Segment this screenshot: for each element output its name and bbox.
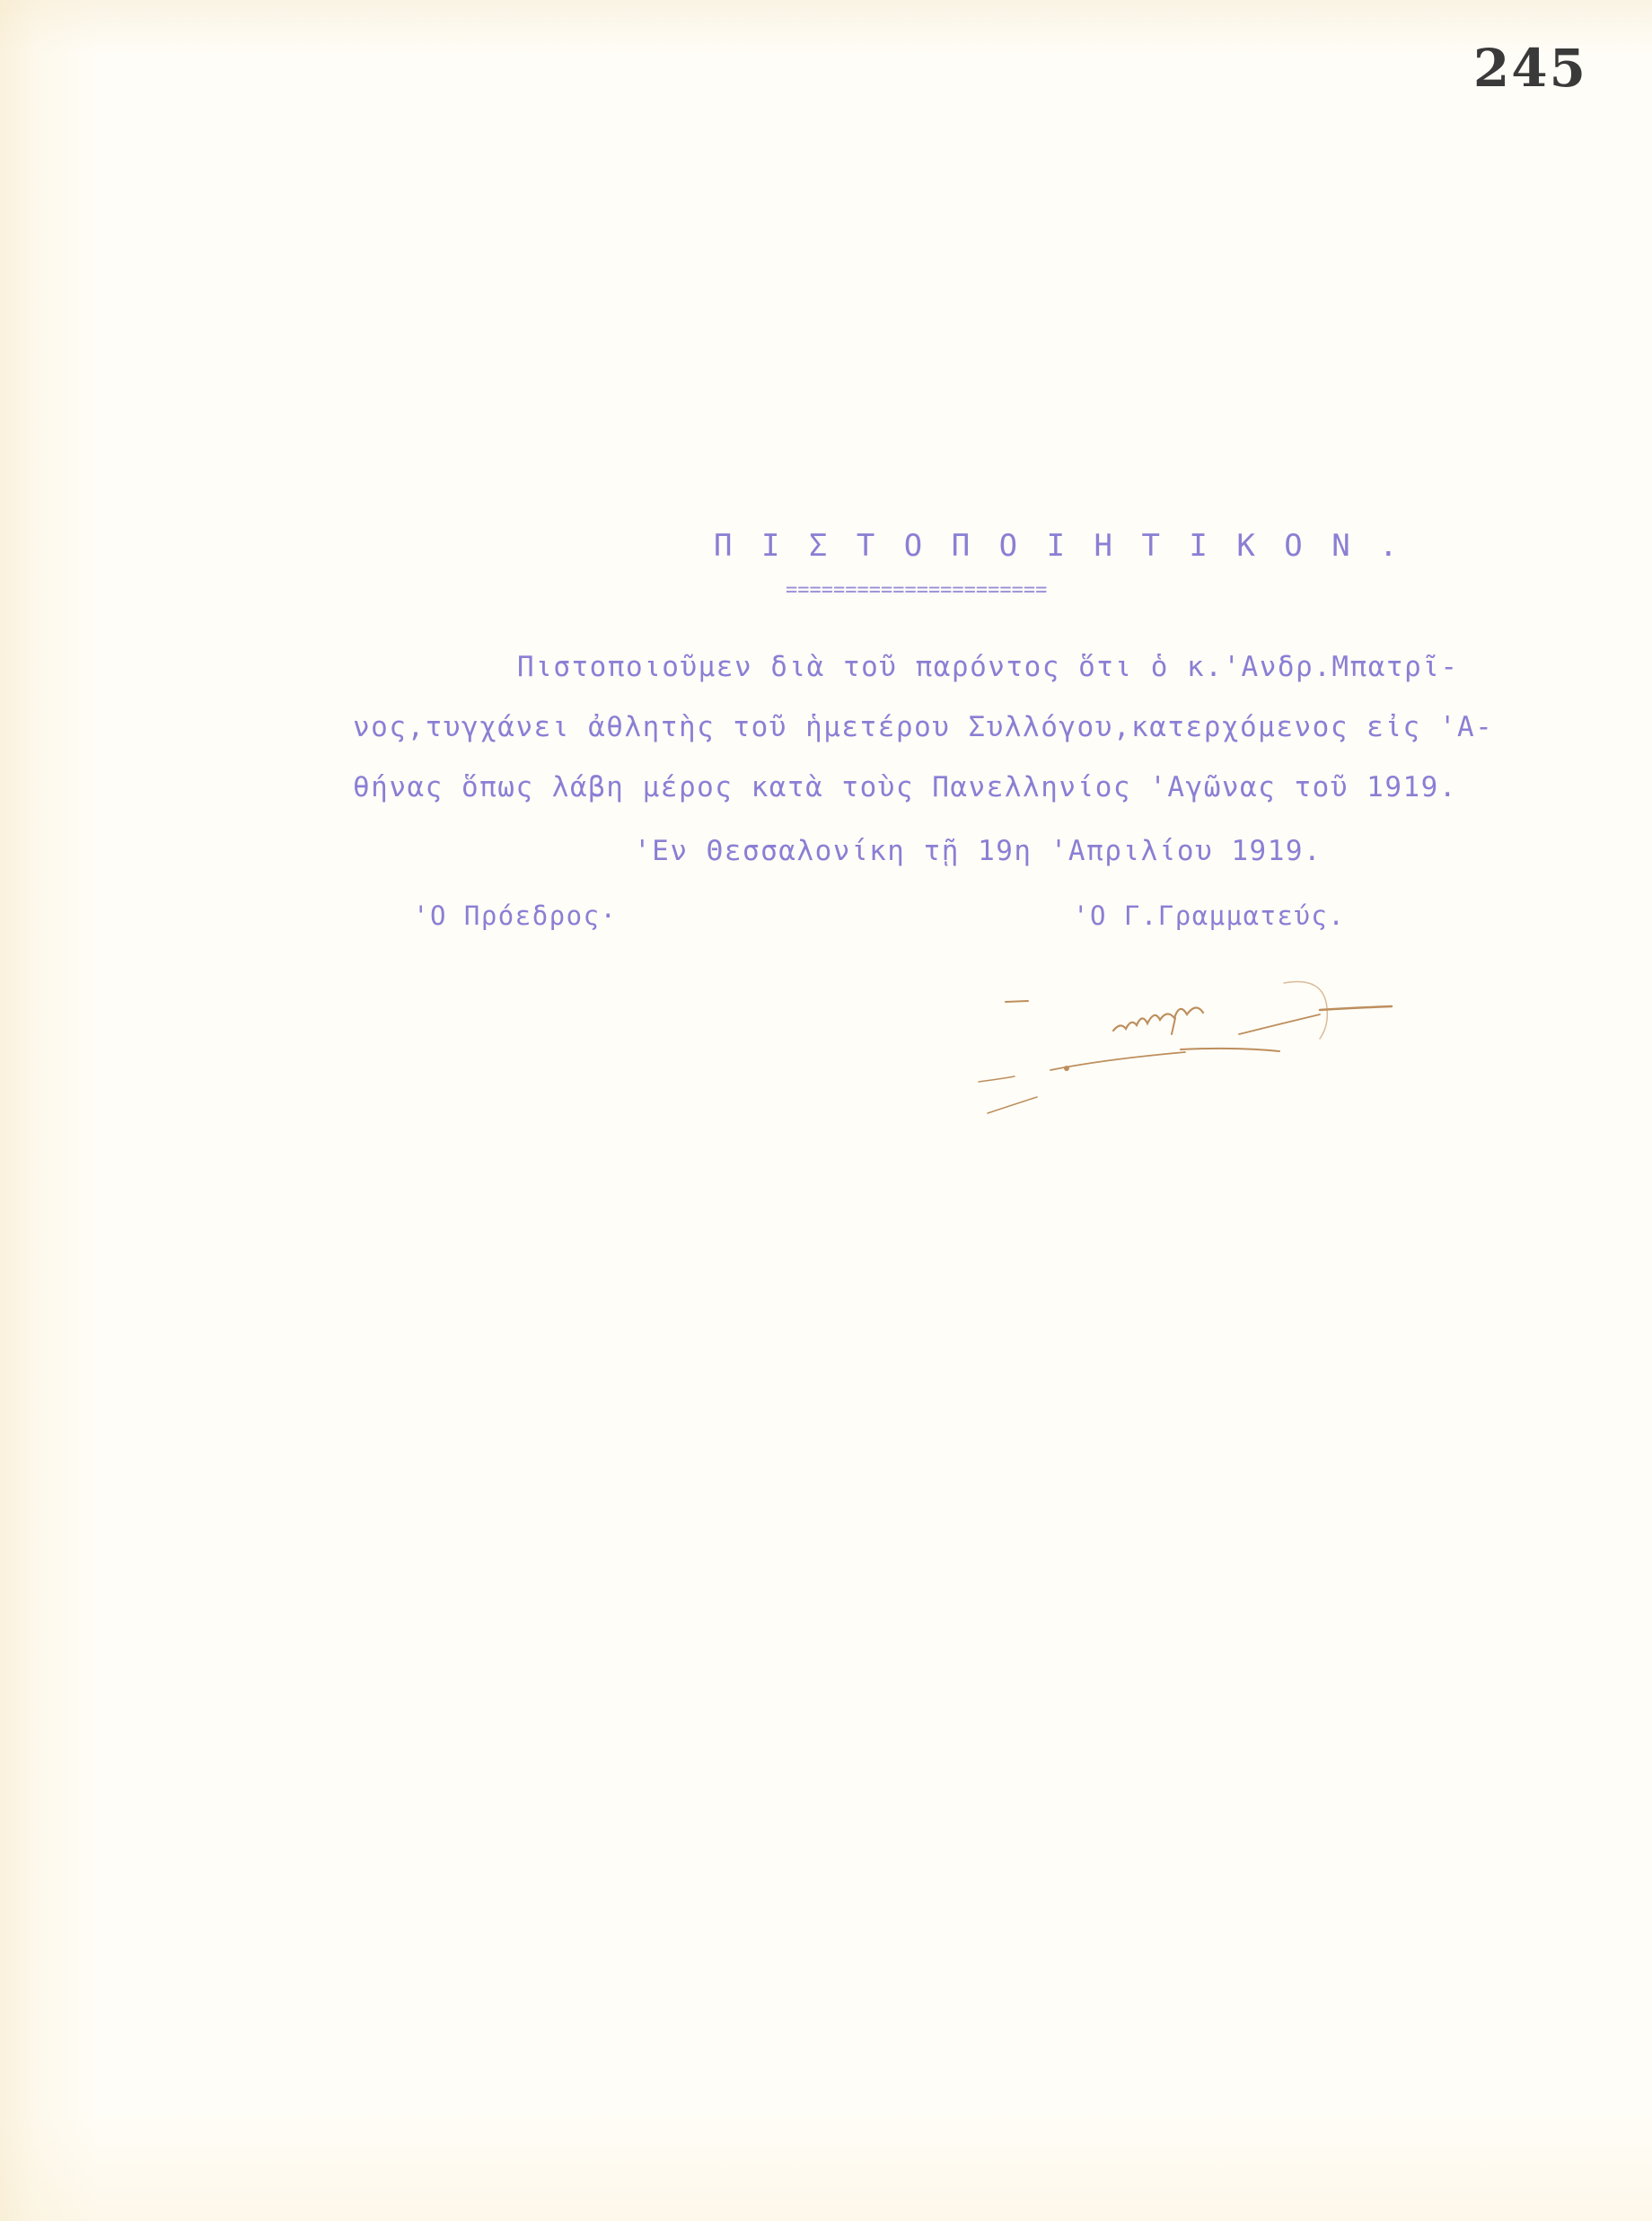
place-date-line: 'Εν Θεσσαλονίκη τῇ 19η 'Απριλίου 1919.: [634, 835, 1322, 867]
folio-number: 245: [1473, 38, 1587, 99]
body-line-1: Πιστοποιοῦμεν διὰ τοῦ παρόντος ὅτι ὁ κ.'…: [517, 651, 1459, 683]
handwritten-signature: [961, 970, 1410, 1122]
title-underline: ======================: [786, 579, 1047, 601]
body-line-3: θήνας ὅπως λάβη μέρος κατὰ τοὺς Πανελλην…: [353, 771, 1457, 803]
body-line-2: νος,τυγχάνει ἀθλητὴς τοῦ ἡμετέρου Συλλόγ…: [353, 711, 1493, 743]
document-title: Π Ι Σ Τ Ο Π Ο Ι Η Τ Ι Κ Ο Ν .: [714, 528, 1403, 564]
secretary-signatory-label: 'Ο Γ.Γραμματεύς.: [1073, 900, 1345, 931]
president-signatory-label: 'Ο Πρόεδρος·: [413, 900, 618, 931]
